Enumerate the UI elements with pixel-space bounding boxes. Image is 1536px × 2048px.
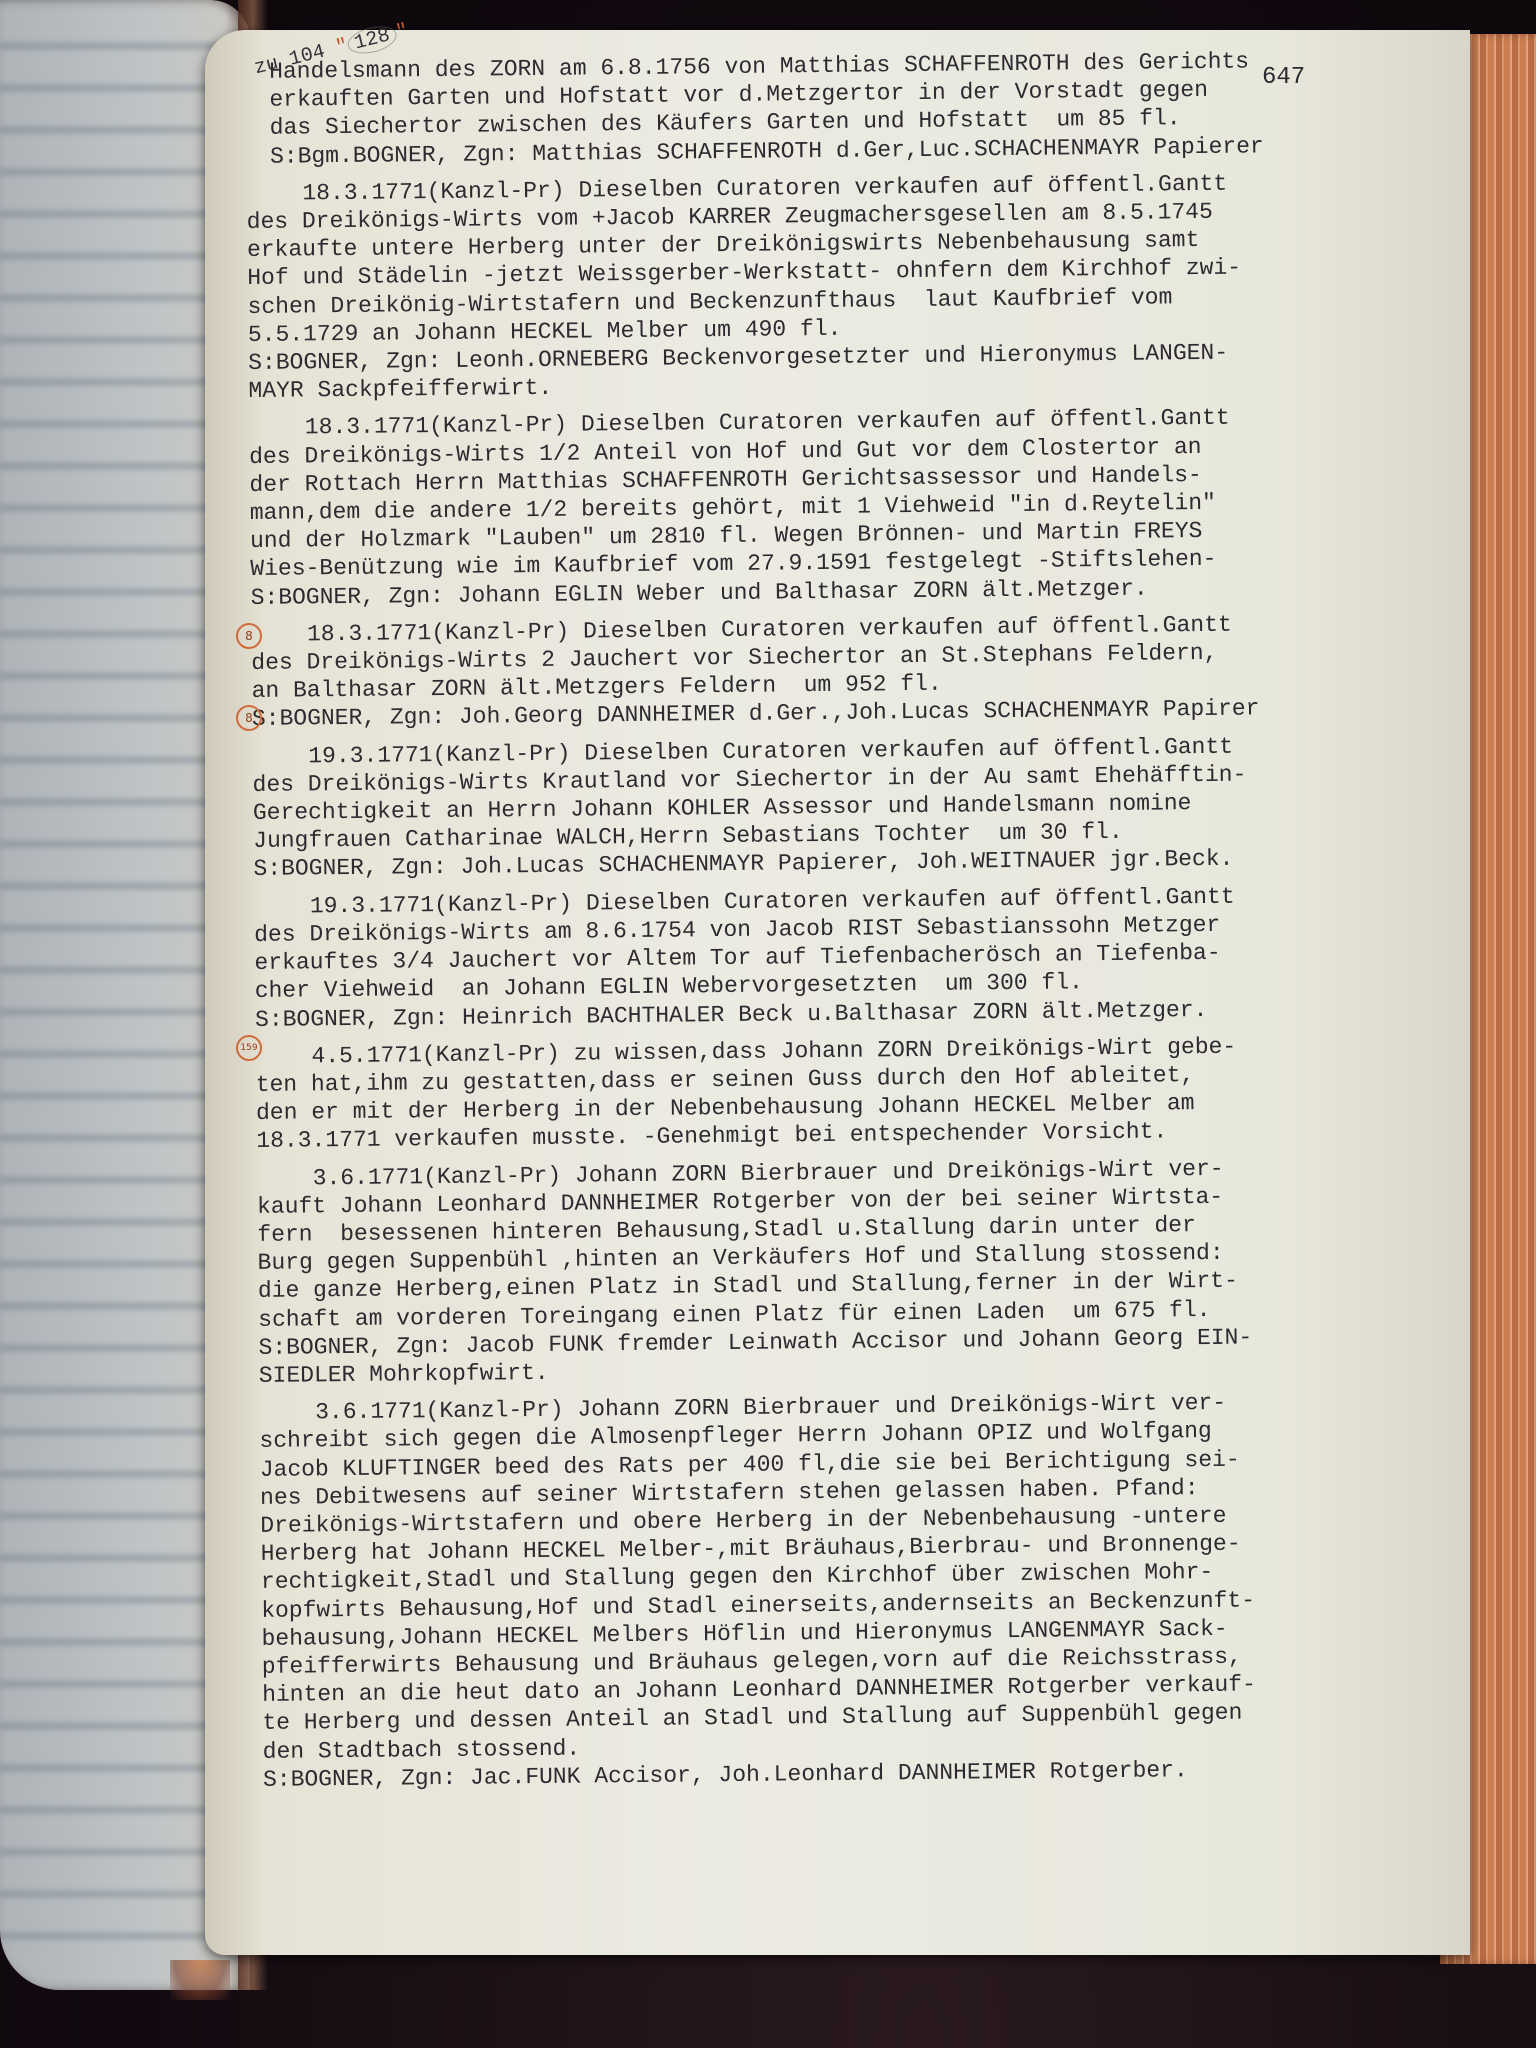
record-entry: 4.5.1771(Kanzl-Pr) zu wissen,dass Johann…: [255, 1030, 1456, 1155]
left-page-blurred-text: [0, 20, 240, 1960]
document-body: Handelsmann des ZORN am 6.8.1756 von Mat…: [245, 45, 1463, 1802]
record-entry: 3.6.1771(Kanzl-Pr) Johann ZORN Bierbraue…: [257, 1152, 1459, 1390]
record-entry: 18.3.1771(Kanzl-Pr) Dieselben Curatoren …: [249, 402, 1451, 612]
record-entry: 19.3.1771(Kanzl-Pr) Dieselben Curatoren …: [252, 730, 1453, 884]
margin-circle-mark: 159: [236, 1035, 262, 1061]
record-entry: Handelsmann des ZORN am 6.8.1756 von Mat…: [245, 45, 1446, 170]
margin-circle-mark: 8: [236, 623, 262, 649]
record-entry: 3.6.1771(Kanzl-Pr) Johann ZORN Bierbraue…: [259, 1387, 1463, 1794]
record-entry: 18.3.1771(Kanzl-Pr) Dieselben Curatoren …: [251, 608, 1452, 733]
page-curl: [170, 1960, 230, 2000]
record-entry: 19.3.1771(Kanzl-Pr) Dieselben Curatoren …: [254, 880, 1455, 1034]
margin-circle-mark: 8: [236, 705, 262, 731]
record-entry: 18.3.1771(Kanzl-Pr) Dieselben Curatoren …: [246, 167, 1448, 405]
